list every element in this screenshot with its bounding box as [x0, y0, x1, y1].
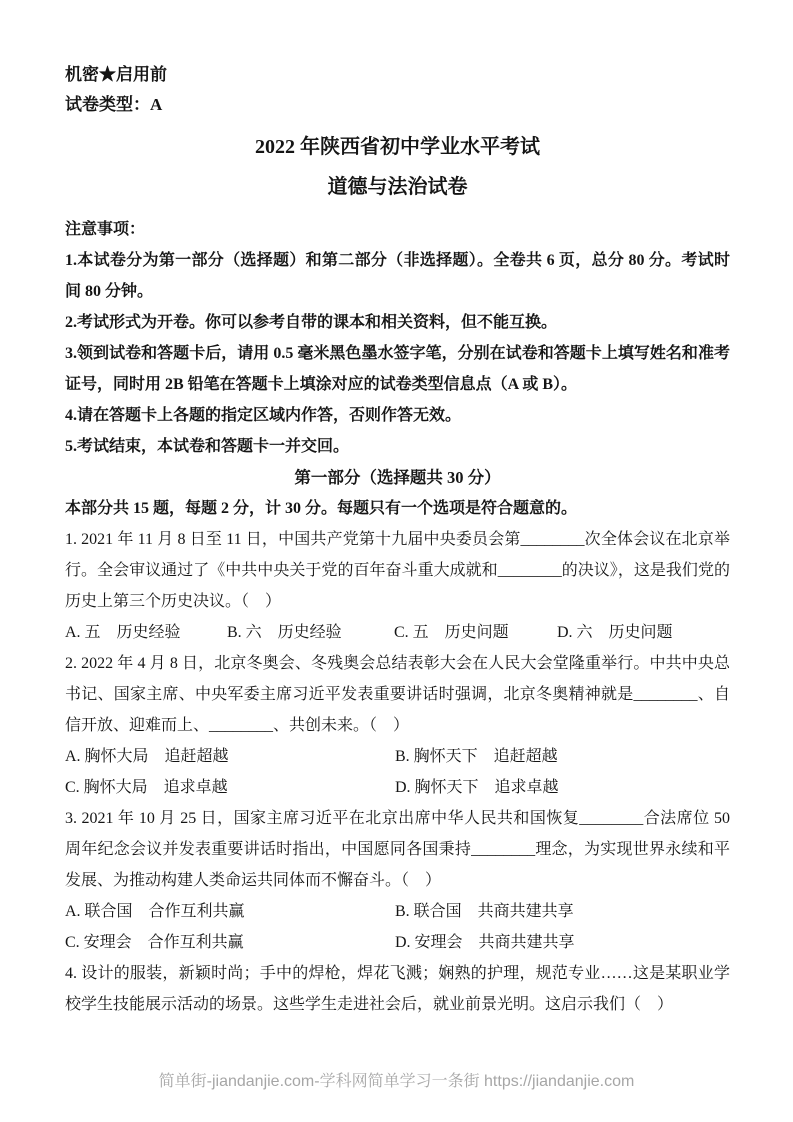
option-d: D. 胸怀天下 追求卓越 — [395, 772, 730, 803]
notice-section: 注意事项： 1.本试卷分为第一部分（选择题）和第二部分（非选择题）。全卷共 6 … — [65, 214, 730, 462]
option-a: A. 联合国 合作互利共赢 — [65, 896, 395, 927]
question-2-options: A. 胸怀大局 追赶超越 B. 胸怀天下 追赶超越 C. 胸怀大局 追求卓越 D… — [65, 741, 730, 803]
exam-title: 2022 年陕西省初中学业水平考试 — [65, 134, 730, 160]
watermark-footer-link[interactable]: 简单街-jiandanjie.com-学科网简单学习一条街 https://ji… — [159, 1073, 635, 1090]
page-content: 机密★启用前 试卷类型：A 2022 年陕西省初中学业水平考试 道德与法治试卷 … — [0, 0, 793, 1020]
option-d: D. 安理会 共商共建共享 — [395, 927, 730, 958]
option-b: B. 胸怀天下 追赶超越 — [395, 741, 730, 772]
notice-item-2: 2.考试形式为开卷。你可以参考自带的课本和相关资料，但不能互换。 — [65, 307, 730, 338]
paper-type-label: 试卷类型：A — [65, 90, 730, 120]
option-c: C. 安理会 合作互利共赢 — [65, 927, 395, 958]
option-b: B. 联合国 共商共建共享 — [395, 896, 730, 927]
watermark-footer: 简单街-jiandanjie.com-学科网简单学习一条街 https://ji… — [0, 1072, 793, 1092]
question-3: 3. 2021 年 10 月 25 日，国家主席习近平在北京出席中华人民共和国恢… — [65, 803, 730, 958]
section-one-heading: 第一部分（选择题共 30 分） — [65, 462, 730, 493]
notice-item-5: 5.考试结束，本试卷和答题卡一并交回。 — [65, 431, 730, 462]
section-one-intro: 本部分共 15 题，每题 2 分，计 30 分。每题只有一个选项是符合题意的。 — [65, 493, 730, 524]
question-1: 1. 2021 年 11 月 8 日至 11 日，中国共产党第十九届中央委员会第… — [65, 524, 730, 648]
option-a: A. 五 历史经验 — [65, 617, 227, 648]
notice-item-4: 4.请在答题卡上各题的指定区域内作答，否则作答无效。 — [65, 400, 730, 431]
question-3-stem: 3. 2021 年 10 月 25 日，国家主席习近平在北京出席中华人民共和国恢… — [65, 803, 730, 896]
option-a: A. 胸怀大局 追赶超越 — [65, 741, 395, 772]
option-c: C. 胸怀大局 追求卓越 — [65, 772, 395, 803]
question-4: 4. 设计的服装，新颖时尚；手中的焊枪，焊花飞溅；娴熟的护理，规范专业……这是某… — [65, 958, 730, 1020]
notice-item-3: 3.领到试卷和答题卡后，请用 0.5 毫米黑色墨水签字笔，分别在试卷和答题卡上填… — [65, 338, 730, 400]
question-4-stem: 4. 设计的服装，新颖时尚；手中的焊枪，焊花飞溅；娴熟的护理，规范专业……这是某… — [65, 958, 730, 1020]
question-1-stem: 1. 2021 年 11 月 8 日至 11 日，中国共产党第十九届中央委员会第… — [65, 524, 730, 617]
question-2-stem: 2. 2022 年 4 月 8 日，北京冬奥会、冬残奥会总结表彰大会在人民大会堂… — [65, 648, 730, 741]
question-1-options: A. 五 历史经验 B. 六 历史经验 C. 五 历史问题 D. 六 历史问题 — [65, 617, 730, 648]
notice-heading: 注意事项： — [65, 214, 730, 245]
exam-paper-page: 机密★启用前 试卷类型：A 2022 年陕西省初中学业水平考试 道德与法治试卷 … — [0, 0, 793, 1122]
option-c: C. 五 历史问题 — [394, 617, 557, 648]
question-3-options: A. 联合国 合作互利共赢 B. 联合国 共商共建共享 C. 安理会 合作互利共… — [65, 896, 730, 958]
question-2: 2. 2022 年 4 月 8 日，北京冬奥会、冬残奥会总结表彰大会在人民大会堂… — [65, 648, 730, 803]
option-d: D. 六 历史问题 — [557, 617, 730, 648]
exam-subtitle: 道德与法治试卷 — [65, 174, 730, 200]
secrecy-label: 机密★启用前 — [65, 60, 730, 90]
notice-item-1: 1.本试卷分为第一部分（选择题）和第二部分（非选择题）。全卷共 6 页，总分 8… — [65, 245, 730, 307]
option-b: B. 六 历史经验 — [227, 617, 394, 648]
